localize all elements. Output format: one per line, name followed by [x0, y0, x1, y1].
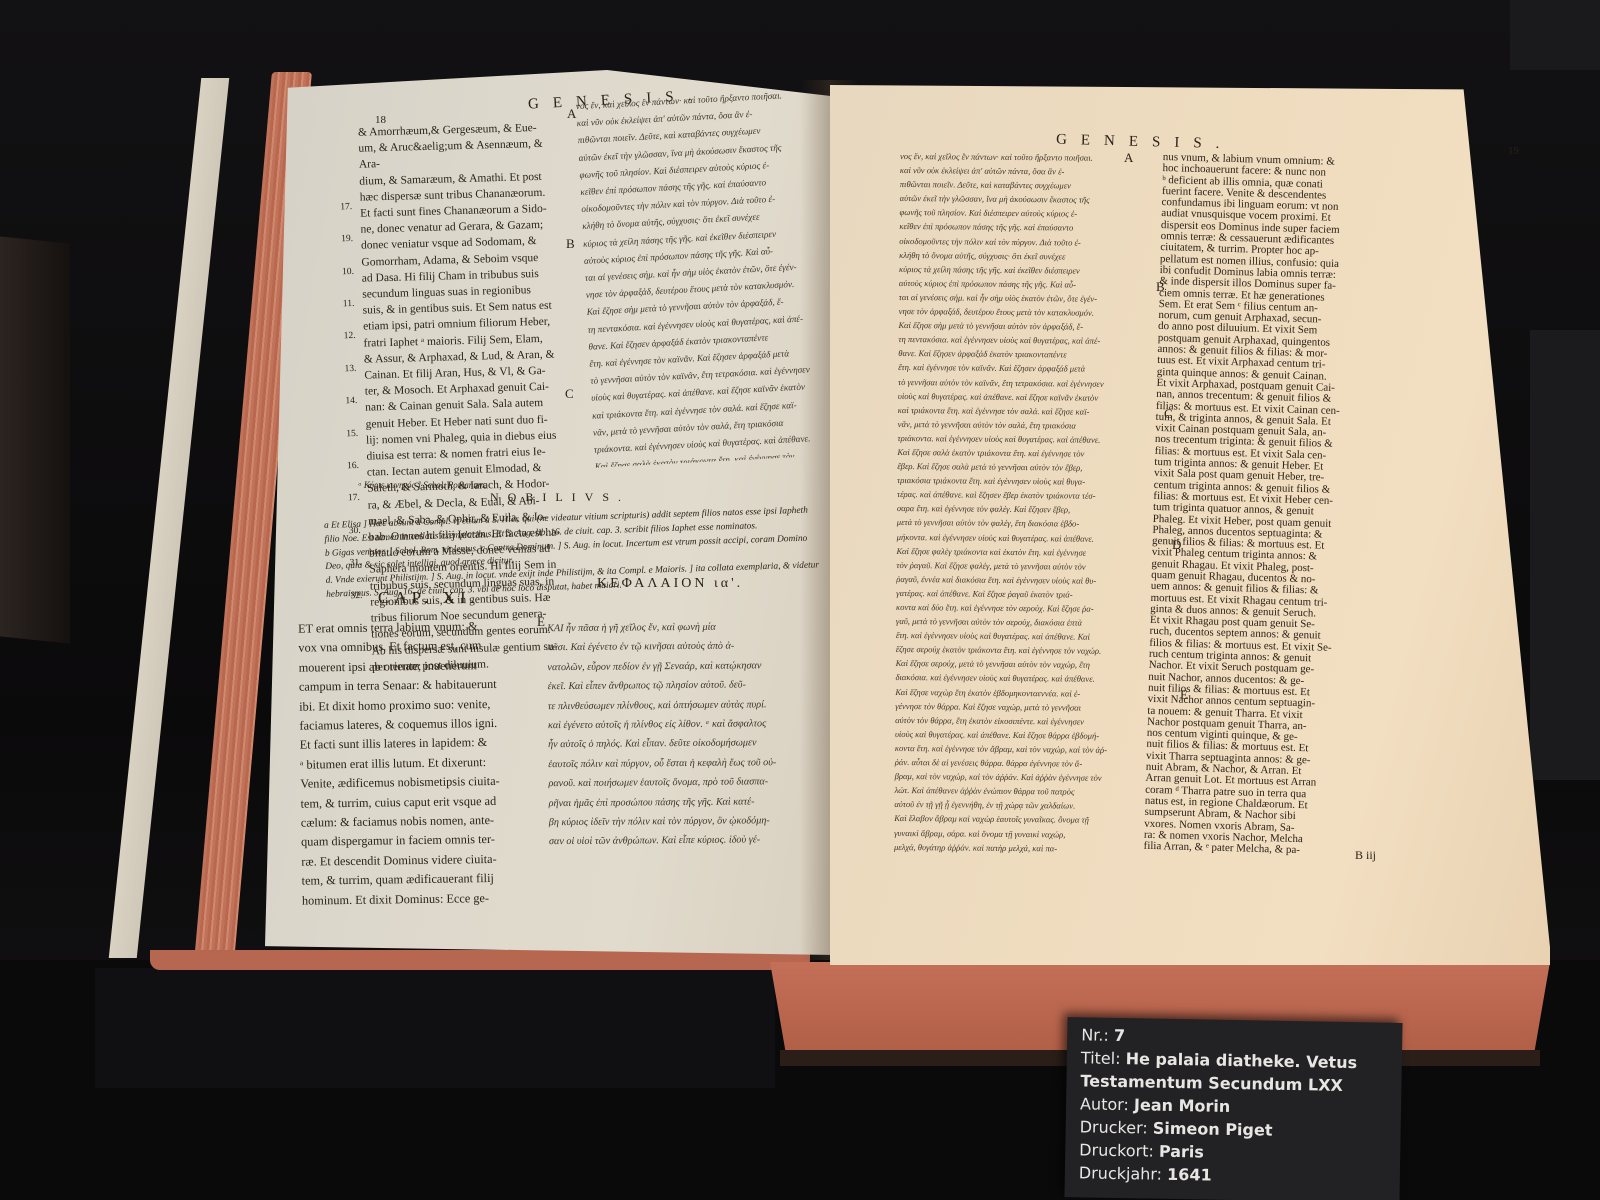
- text-line: ἑαυτοῖς πόλιν καὶ πύργον, οὗ ἔσται ἡ κεφ…: [548, 753, 818, 775]
- text-line: τὸ γεννῆσαι αὐτὸν τὸν καϊνᾶν, ἔτη τετρακ…: [898, 374, 1138, 390]
- text-line: μετὰ τὸ γεννῆσαι αὐτὸν τὸν φαλέγ, ἔτη δι…: [897, 515, 1137, 531]
- text-line: ἔτη. καὶ ἐγέννησε τὸν καϊνᾶν. Καὶ ἔζησεν…: [898, 360, 1138, 376]
- text-line: hominum. Et dixit Dominus: Ecce ge-: [302, 888, 540, 911]
- signature-mark: B iij: [1355, 848, 1376, 863]
- text-line: ρανοῦ. καὶ ποιήσωμεν ἑαυτοῖς ὄνομα, πρὸ …: [548, 772, 818, 794]
- greek-chapter-11-column: ΚΑΙ ἦν πᾶσα ἡ γῆ χεῖλος ἕν, καὶ φωνὴ μία…: [547, 617, 819, 852]
- scholion-note: ᵃ Κύριε κυνηγός ] Schol. Romanum.: [358, 478, 486, 492]
- text-line: βη κύριος ἰδεῖν τὴν πόλιν καὶ τὸν πύργον…: [549, 811, 819, 833]
- text-line: κεῖθεν ἐπὶ πρόσωπον πάσης τῆς γῆς. καὶ ἐ…: [899, 219, 1139, 235]
- text-line: νατολῶν, εὗρον πεδίον ἐν γῇ Σεναάρ, καὶ …: [547, 656, 817, 678]
- left-greek-column-top: νος ἕν, καὶ χεῖλος ἓν πάντων· καὶ τοῦτο …: [575, 86, 819, 467]
- text-line: ἦν αὐτοῖς ὁ πηλός. Καὶ εἶπαν. δεῦτε οἰκο…: [548, 733, 818, 755]
- label-row-year: Druckjahr: 1641: [1079, 1161, 1386, 1189]
- text-line: ρῆναι ἡμᾶς ἐπὶ προσώπου πάσης τῆς γῆς. Κ…: [549, 791, 819, 813]
- text-line: καὶ ἐγένετο αὐτοῖς ἡ πλίνθος εἰς λίθον. …: [548, 714, 818, 736]
- text-line: διακόσια. καὶ ἐγέννησεν υἱοὺς καὶ θυγατέ…: [895, 670, 1135, 686]
- latin-chapter-11-column: ET erat omnis terra labium vnum: &vox vn…: [298, 616, 540, 910]
- margin-letter-a-right: A: [1124, 150, 1133, 166]
- display-case-corner: [1510, 0, 1600, 70]
- margin-letter-b: B: [566, 236, 575, 252]
- chapter-heading-latin: CAP. XI.: [378, 588, 480, 608]
- display-case-right-block: [1530, 330, 1600, 780]
- book-cover-bottom: [95, 968, 775, 1088]
- text-line: τε πλινθεύσωμεν πλίνθους, καὶ ὀπτήσωμεν …: [548, 694, 818, 716]
- text-line: ΚΑΙ ἦν πᾶσα ἡ γῆ χεῖλος ἕν, καὶ φωνὴ μία: [547, 617, 817, 639]
- notes-heading: NOBILIVS.: [490, 490, 630, 505]
- text-line: um, & Aruc&aelig;um & Asennæum, & Ara-: [358, 136, 559, 174]
- text-line: Καὶ ἔλαβον ἄβραμ καὶ ναχὼρ ἑαυτοῖς γυναῖ…: [894, 811, 1134, 827]
- text-line: ἐκεῖ. Καὶ εἶπεν ἄνθρωπος τῷ πλησίον αὐτο…: [547, 675, 817, 697]
- right-latin-column: nus vnum, & labium vnum omnium: &hoc inc…: [1143, 152, 1417, 859]
- margin-letter-e: E: [537, 614, 545, 630]
- margin-letter-c: C: [565, 386, 574, 402]
- right-greek-column: νος ἕν, καὶ χεῖλος ἓν πάντων· καὶ τοῦτο …: [894, 149, 1140, 856]
- right-page-number: 19: [1508, 145, 1519, 157]
- text-line: γυναικὶ ἄβραμ, σάρα. καὶ ὄνομα τῇ γυναικ…: [894, 825, 1134, 841]
- margin-letter-a: A: [567, 106, 576, 122]
- text-line: σαν οἱ υἱοὶ τῶν ἀνθρώπων. Καὶ εἶπε κύριο…: [549, 830, 819, 852]
- museum-info-label: Nr.: 7 Titel: He palaia diatheke. Vetus …: [1064, 1017, 1402, 1200]
- display-case-left-rail: [0, 236, 70, 643]
- chapter-heading-greek: ΚΕΦΑΛΑΙΟΝ ια'.: [597, 576, 743, 592]
- text-line: μελχά, θυγάτηρ ἀῤῥάν. καὶ πατὴρ μελχά, κ…: [894, 840, 1134, 856]
- text-line: πᾶσι. Καὶ ἐγένετο ἐν τῷ κινῆσαι αὐτοὺς ἀ…: [547, 636, 817, 658]
- text-line: μήκοντα. καὶ ἐγέννησεν υἱοὺς καὶ θυγατέρ…: [897, 529, 1137, 545]
